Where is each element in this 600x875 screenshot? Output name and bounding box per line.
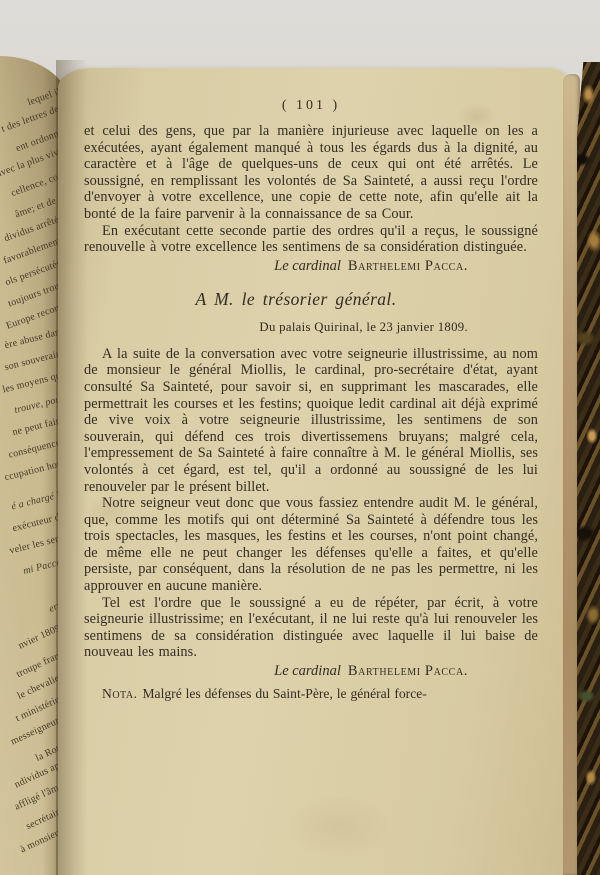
nota-line: Nota.Malgré les défenses du Saint-Père, …	[84, 686, 538, 702]
right-page: ( 101 ) et celui des gens, que par la ma…	[58, 68, 568, 875]
marbled-cover-edge	[577, 62, 600, 875]
page-content: ( 101 ) et celui des gens, que par la ma…	[84, 98, 538, 875]
nota-label: Nota.	[102, 686, 137, 701]
signature-line: Le cardinalBarthelemi Pacca.	[84, 663, 538, 680]
book-photo: lequel ils t des lettres des ent ordonné…	[0, 0, 600, 875]
signature-name: Barthelemi Pacca.	[348, 663, 468, 679]
paragraph: A la suite de la conversation avec votre…	[84, 346, 538, 495]
letter-dateline: Du palais Quirinal, le 23 janvier 1809.	[84, 320, 538, 335]
left-page-fragment: conséquences	[7, 437, 65, 461]
left-page-text-column: lequel ils t des lettres des ent ordonné…	[0, 92, 65, 875]
left-page-fragment: ccupation hos-	[3, 459, 65, 484]
paragraph: En exécutant cette seconde partie des or…	[84, 223, 538, 256]
signature-prefix: Le cardinal	[274, 258, 341, 274]
signature-name: Barthelemi Pacca.	[348, 258, 468, 274]
paragraph: Tel est l'ordre que le soussigné a eu de…	[84, 595, 538, 661]
signature-line: Le cardinalBarthelemi Pacca.	[84, 258, 538, 275]
left-page-fragment: son souverain,	[4, 349, 65, 373]
nota-text: Malgré les défenses du Saint-Père, le gé…	[142, 686, 426, 701]
letter-heading: A M. le trésorier général.	[84, 289, 508, 310]
paragraph: Notre seigneur veut donc que vous fassie…	[84, 495, 538, 595]
page-number: ( 101 )	[84, 98, 538, 114]
left-page-fragment: veler les sen-	[9, 533, 65, 556]
signature-prefix: Le cardinal	[274, 663, 341, 679]
left-page-fragment: les moyens qui	[2, 371, 65, 396]
left-page-fragment: ère abuse dans	[4, 327, 66, 351]
paragraph-continuation: et celui des gens, que par la manière in…	[84, 123, 538, 223]
